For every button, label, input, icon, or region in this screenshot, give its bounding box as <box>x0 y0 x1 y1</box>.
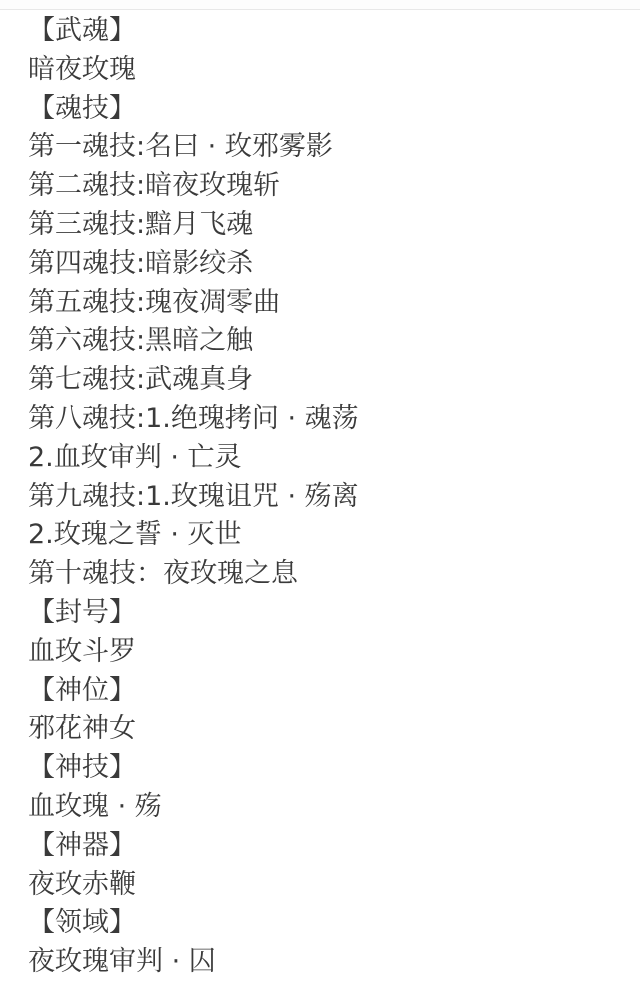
text-line: 夜玫瑰审判 · 囚 <box>28 943 624 982</box>
text-line: 【封号】 <box>28 594 624 633</box>
text-line: 第四魂技:暗影绞杀 <box>28 245 624 284</box>
text-line: 第八魂技:1.绝瑰拷问 · 魂荡 <box>28 400 624 439</box>
text-line: 2.血玫审判 · 亡灵 <box>28 439 624 478</box>
article-page: 【武魂】暗夜玫瑰【魂技】第一魂技:名曰 · 玫邪雾影第二魂技:暗夜玫瑰斩第三魂技… <box>0 0 640 983</box>
text-line: 第一魂技:名曰 · 玫邪雾影 <box>28 128 624 167</box>
text-line: 第七魂技:武魂真身 <box>28 361 624 400</box>
text-line: 夜玫赤鞭 <box>28 866 624 905</box>
text-line: 【神位】 <box>28 672 624 711</box>
text-line: 第九魂技:1.玫瑰诅咒 · 殇离 <box>28 478 624 517</box>
text-line: 第五魂技:瑰夜凋零曲 <box>28 284 624 323</box>
text-line: 【神技】 <box>28 749 624 788</box>
text-line: 2.玫瑰之誓 · 灭世 <box>28 516 624 555</box>
text-line: 【神器】 <box>28 827 624 866</box>
text-line: 邪花神女 <box>28 710 624 749</box>
text-line: 第三魂技:黯月飞魂 <box>28 206 624 245</box>
text-lines: 【武魂】暗夜玫瑰【魂技】第一魂技:名曰 · 玫邪雾影第二魂技:暗夜玫瑰斩第三魂技… <box>0 10 640 982</box>
text-line: 【领域】 <box>28 904 624 943</box>
text-line: 血玫瑰 · 殇 <box>28 788 624 827</box>
text-line: 第六魂技:黑暗之触 <box>28 322 624 361</box>
text-line: 【武魂】 <box>28 12 624 51</box>
text-line: 第二魂技:暗夜玫瑰斩 <box>28 167 624 206</box>
text-line: 血玫斗罗 <box>28 633 624 672</box>
text-line: 第十魂技：夜玫瑰之息 <box>28 555 624 594</box>
text-line: 暗夜玫瑰 <box>28 51 624 90</box>
text-line: 【魂技】 <box>28 90 624 129</box>
top-divider <box>0 0 640 10</box>
